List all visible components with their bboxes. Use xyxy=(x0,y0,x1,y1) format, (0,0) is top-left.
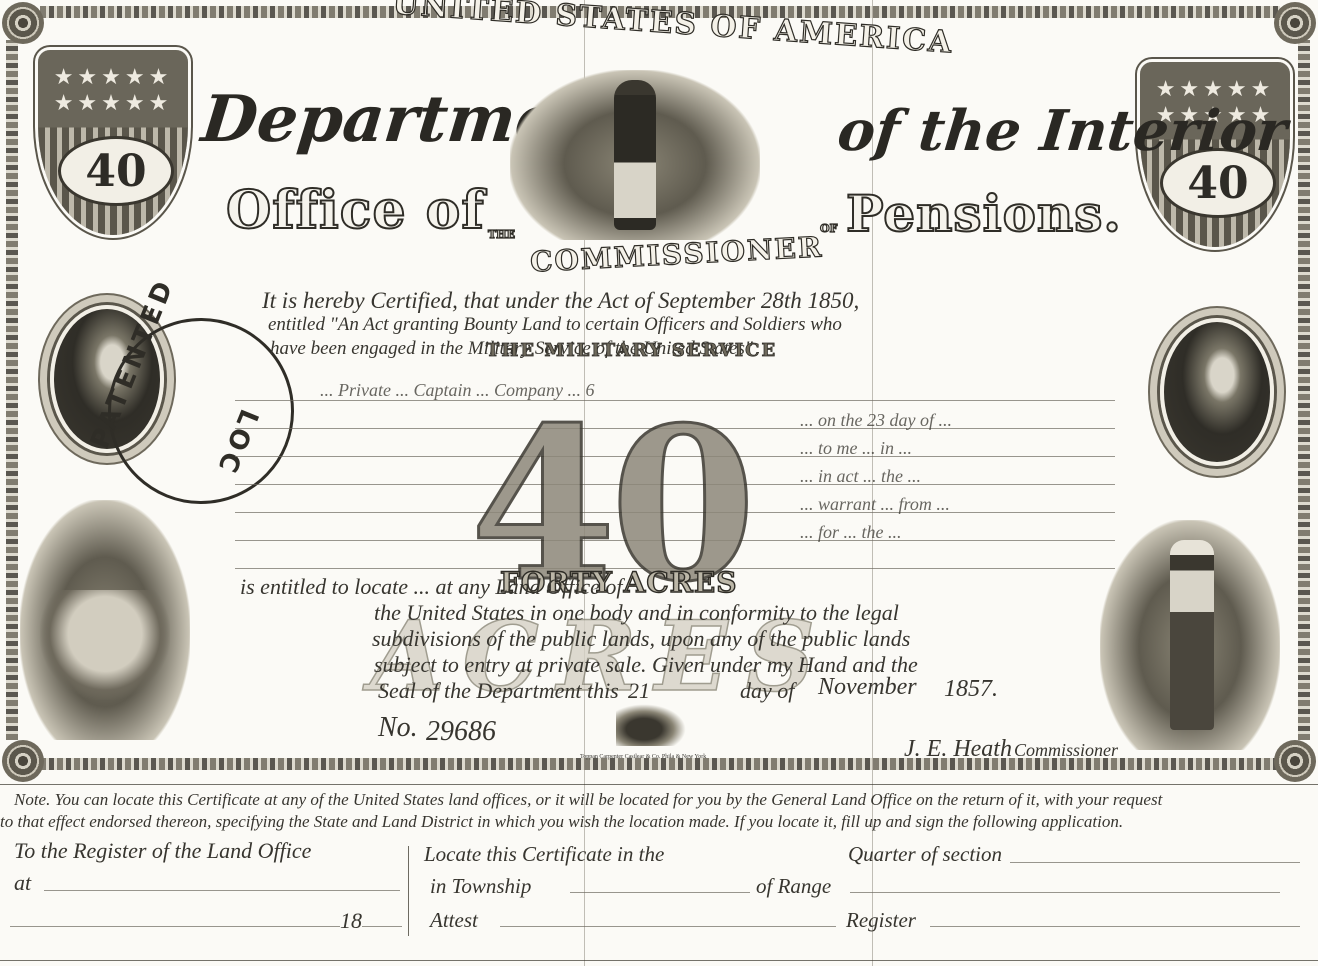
vignette-farmer xyxy=(1100,520,1280,750)
military-service-banner: THE MILITARY SERVICE xyxy=(486,340,777,361)
entitlement-line-5: Seal of the Department this xyxy=(378,678,619,704)
department-right: of the Interior xyxy=(835,98,1291,164)
form-at-field[interactable] xyxy=(44,890,400,891)
form-township-field[interactable] xyxy=(570,892,750,893)
form-to-register: To the Register of the Land Office xyxy=(14,838,311,864)
portrait-right xyxy=(1160,318,1274,466)
certificate-number: 29686 xyxy=(426,716,496,748)
certification-line-1: It is hereby Certified, that under the A… xyxy=(262,288,859,314)
rosette-top-left-icon xyxy=(2,2,44,44)
form-of-range: of Range xyxy=(756,874,831,899)
handwritten-line-4: ... in act ... the ... xyxy=(800,466,921,487)
farmer-figure-icon xyxy=(1170,540,1214,730)
certificate-number-label: No. xyxy=(378,712,418,744)
commissioner-small-right: OF xyxy=(820,222,837,235)
soldier-figure-icon xyxy=(614,80,656,230)
form-attest-field[interactable] xyxy=(500,926,836,927)
printer-imprint: Toppan Carpenter Casilear & Co. Phila & … xyxy=(580,754,706,760)
handwritten-line-5: ... warrant ... from ... xyxy=(800,494,950,515)
certification-line-2: entitled "An Act granting Bounty Land to… xyxy=(268,314,842,336)
office-left: Office of xyxy=(226,180,485,241)
vignette-soldier xyxy=(510,70,760,240)
left-border xyxy=(6,40,18,740)
entitlement-month-label: day of xyxy=(740,678,794,704)
office-right: Pensions. xyxy=(846,184,1122,243)
entitlement-day: 21 xyxy=(628,678,650,704)
rosette-bottom-left-icon xyxy=(2,740,44,782)
form-register: Register xyxy=(846,908,916,933)
form-range-field[interactable] xyxy=(850,892,1280,893)
entitlement-year: 1857. xyxy=(944,676,998,703)
handwritten-line-2: ... on the 23 day of ... xyxy=(800,410,952,431)
stamp-inner-text: LOC xyxy=(210,405,264,480)
eagle-icon xyxy=(616,704,686,746)
entitlement-line-3: subdivisions of the public lands, upon a… xyxy=(372,626,910,652)
form-date-field[interactable] xyxy=(10,926,340,927)
entitlement-month: November xyxy=(818,674,917,701)
form-bracket xyxy=(408,846,409,936)
horse-icon xyxy=(40,590,170,700)
vignette-horseman xyxy=(20,500,190,740)
note-line-1: Note. You can locate this Certificate at… xyxy=(14,790,1162,810)
form-township: in Township xyxy=(430,874,531,899)
form-attest: Attest xyxy=(430,908,478,933)
stars-icon: ★★★★★★★★★★ xyxy=(38,64,188,116)
handwritten-line-6: ... for ... the ... xyxy=(800,522,902,543)
form-quarter-field[interactable] xyxy=(1010,862,1300,863)
note-line-2: to that effect endorsed thereon, specify… xyxy=(0,812,1123,832)
form-locate: Locate this Certificate in the xyxy=(424,842,664,867)
rosette-bottom-right-icon xyxy=(1274,740,1316,782)
entitlement-line-2: the United States in one body and in con… xyxy=(374,600,899,626)
handwritten-line-3: ... to me ... in ... xyxy=(800,438,912,459)
entitlement-line-1: is entitled to locate ... at any Land Of… xyxy=(240,574,623,600)
form-bottom-rule xyxy=(0,960,1318,961)
shield-left: ★★★★★★★★★★ 40 xyxy=(38,50,188,235)
form-year-prefix: 18 xyxy=(340,908,362,934)
note-top-rule xyxy=(0,784,1318,785)
form-at-label: at xyxy=(14,870,31,896)
form-year-field[interactable] xyxy=(362,926,402,927)
form-quarter-section: Quarter of section xyxy=(848,842,1002,867)
signature: J. E. Heath xyxy=(904,736,1012,763)
form-register-field[interactable] xyxy=(930,926,1300,927)
badge-value-left: 40 xyxy=(58,136,174,206)
right-border xyxy=(1298,40,1310,740)
rosette-top-right-icon xyxy=(1274,2,1316,44)
